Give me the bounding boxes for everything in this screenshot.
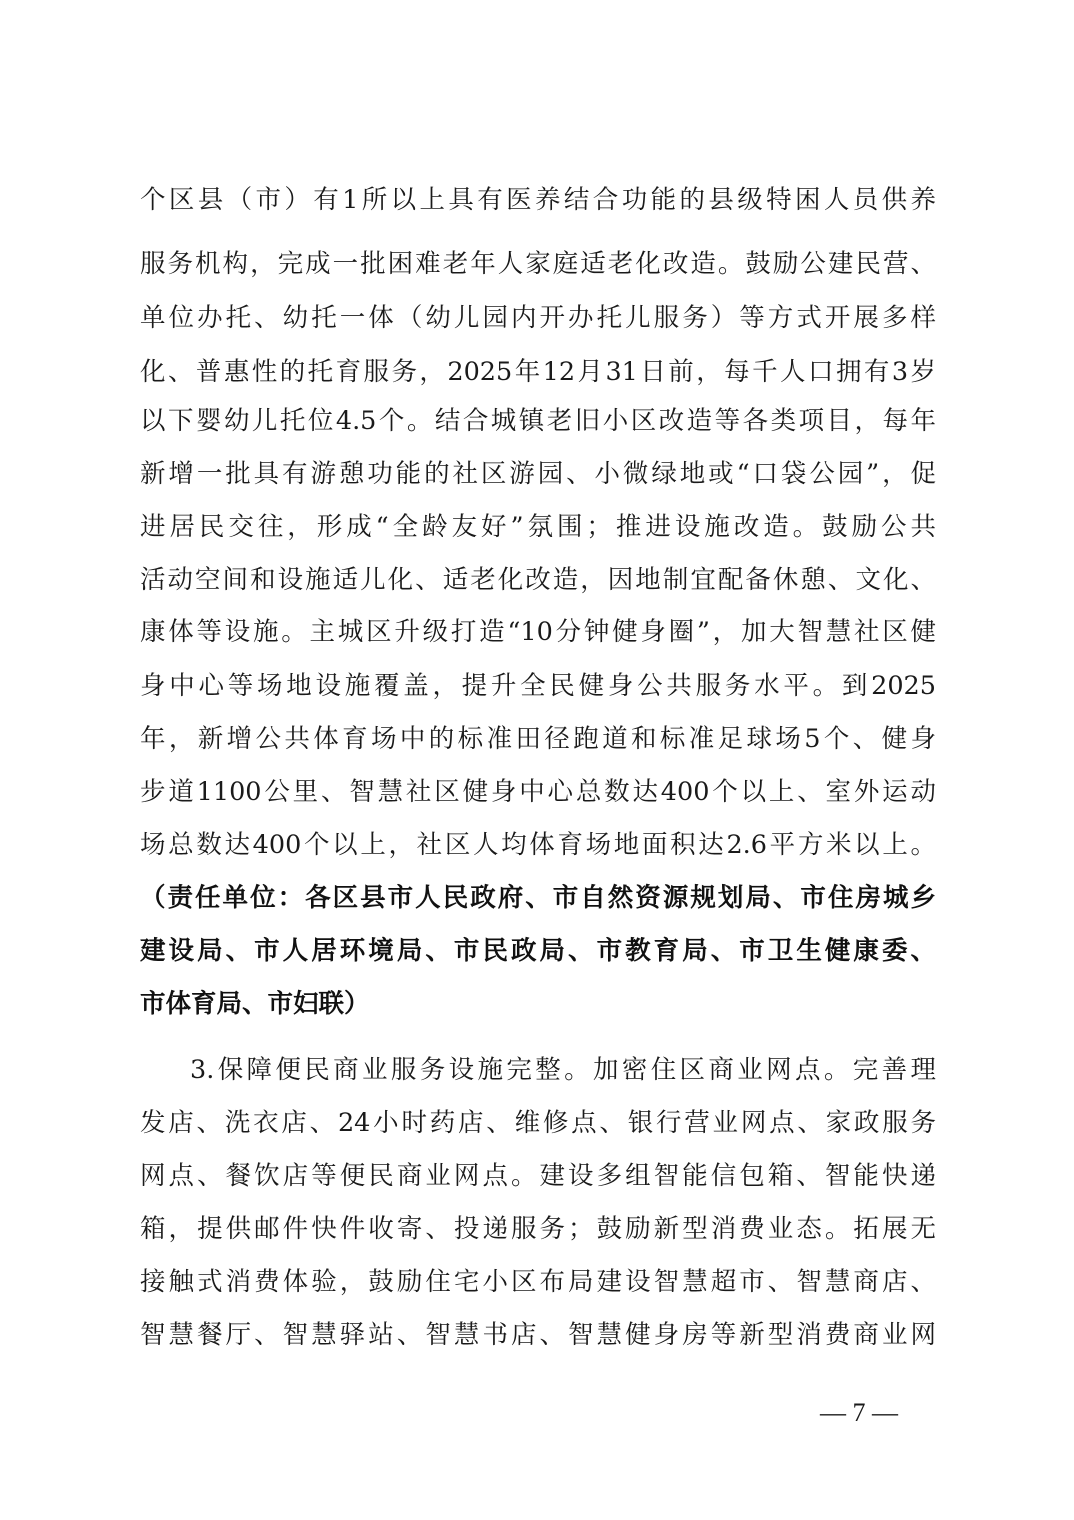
responsibility-line: （责任单位：各区县市人民政府、市自然资源规划局、市住房城乡 xyxy=(140,878,936,918)
page-number: — 7 — xyxy=(820,1398,898,1428)
body-text-line: 进居民交往，形成“全龄友好”氛围；推进设施改造。鼓励公共 xyxy=(140,507,936,547)
section-3-line: 箱，提供邮件快件收寄、投递服务；鼓励新型消费业态。拓展无 xyxy=(140,1209,936,1249)
body-text-line: 步道1100公里、智慧社区健身中心总数达400个以上、室外运动 xyxy=(140,772,936,812)
body-text-line: 新增一批具有游憩功能的社区游园、小微绿地或“口袋公园”，促 xyxy=(140,454,936,494)
section-3-line: 发店、洗衣店、24小时药店、维修点、银行营业网点、家政服务 xyxy=(140,1103,936,1143)
document-page: 个区县（市）有1所以上具有医养结合功能的县级特困人员供养 服务机构，完成一批困难… xyxy=(0,0,1074,1520)
section-3-line: 接触式消费体验，鼓励住宅小区布局建设智慧超市、智慧商店、 xyxy=(140,1262,936,1302)
body-text-line: 场总数达400个以上，社区人均体育场地面积达2.6平方米以上。 xyxy=(140,825,936,865)
responsibility-line: 建设局、市人居环境局、市民政局、市教育局、市卫生健康委、 xyxy=(140,931,936,971)
body-text-line: 服务机构，完成一批困难老年人家庭适老化改造。鼓励公建民营、 xyxy=(140,244,936,284)
responsibility-line: 市体育局、市妇联） xyxy=(140,984,936,1024)
body-text-line: 年，新增公共体育场中的标准田径跑道和标准足球场5个、健身 xyxy=(140,719,936,759)
section-3-line: 智慧餐厅、智慧驿站、智慧书店、智慧健身房等新型消费商业网 xyxy=(140,1315,936,1355)
body-text-line: 单位办托、幼托一体（幼儿园内开办托儿服务）等方式开展多样 xyxy=(140,298,936,338)
body-text-line: 化、普惠性的托育服务，2025年12月31日前，每千人口拥有3岁 xyxy=(140,352,936,392)
body-text-line: 康体等设施。主城区升级打造“10分钟健身圈”，加大智慧社区健 xyxy=(140,612,936,652)
section-3-line: 3.保障便民商业服务设施完整。加密住区商业网点。完善理 xyxy=(140,1050,936,1090)
section-3-line: 网点、餐饮店等便民商业网点。建设多组智能信包箱、智能快递 xyxy=(140,1156,936,1196)
body-text-line: 活动空间和设施适儿化、适老化改造，因地制宜配备休憩、文化、 xyxy=(140,560,936,600)
body-text-line: 个区县（市）有1所以上具有医养结合功能的县级特困人员供养 xyxy=(140,180,936,220)
body-text-line: 以下婴幼儿托位4.5个。结合城镇老旧小区改造等各类项目，每年 xyxy=(140,401,936,441)
body-text-line: 身中心等场地设施覆盖，提升全民健身公共服务水平。到2025 xyxy=(140,666,936,706)
